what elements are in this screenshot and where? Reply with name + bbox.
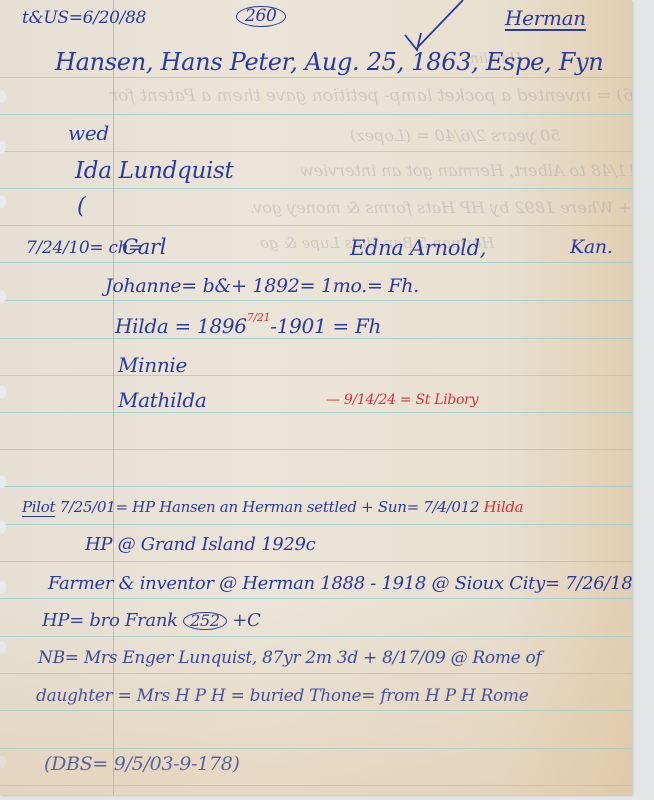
note-mother-in-law: NB= Mrs Enger Lunquist, 87yr 2m 3d + 8/1… (38, 650, 541, 667)
bleed-through-text: Apt= 7/11/48 to Albert, Herman got an in… (300, 163, 632, 179)
note-text: 7/25/01= HP Hansen an Herman settled + S… (60, 498, 479, 516)
bleed-through-text: 6) = invented a pocket lamp- petition ga… (110, 88, 632, 105)
rule-line (0, 77, 632, 78)
record-number: 260 (236, 6, 286, 27)
spouse-name: Ida Lundquist (75, 160, 234, 183)
binder-hole (0, 90, 6, 104)
source-date: t&US=6/20/88 (22, 10, 146, 27)
note-text: HP= bro Frank (42, 610, 178, 631)
bleed-through-text: 50 years 2/6/40 = (Lopez) (350, 128, 560, 144)
child-location: Kan. (570, 238, 613, 257)
rule-line (0, 524, 632, 525)
note-brother: HP= bro Frank 252 +C (42, 612, 260, 630)
rule-line (0, 449, 632, 450)
rule-line (0, 598, 632, 599)
child-entry-johanne: Johanne= b&+ 1892= 1mo.= Fh. (105, 277, 419, 296)
rule-line (0, 114, 632, 115)
rule-line (0, 710, 632, 711)
rule-line (0, 225, 632, 226)
rule-line (0, 151, 632, 152)
notebook-page: Hamlin 6) = invented a pocket lamp- peti… (0, 0, 632, 795)
child-entry-minnie: Minnie (118, 355, 187, 375)
binder-hole (0, 385, 6, 399)
rule-line (0, 338, 632, 339)
bleed-through-text: At library, papers + Where 1892 by HP Ha… (250, 200, 632, 216)
binder-hole (0, 195, 6, 209)
rule-line (0, 300, 632, 301)
child-spouse: Edna Arnold, (350, 238, 486, 259)
binder-hole (0, 640, 6, 654)
note-label: Pilot (22, 498, 55, 516)
record-number-badge: 260 (236, 6, 286, 27)
hilda-death: -1901 = Fh (270, 314, 381, 338)
hilda-birth: Hilda = 1896 (115, 314, 247, 338)
binder-hole (0, 290, 6, 304)
child-entry-mathilda: Mathilda (118, 390, 206, 410)
note-burial: daughter = Mrs H P H = buried Thone= fro… (36, 688, 529, 705)
rule-line (0, 375, 632, 376)
person-title-line: Hansen, Hans Peter, Aug. 25, 1863, Espe,… (55, 50, 603, 74)
rule-line (0, 188, 632, 189)
child-entry-hilda: Hilda = 18967/21-1901 = Fh (115, 316, 381, 336)
rule-line (0, 262, 632, 263)
place-tag: Herman (505, 8, 586, 28)
rule-line (0, 486, 632, 487)
rule-line (0, 673, 632, 674)
binder-hole (0, 520, 6, 534)
note-farmer-inventor: Farmer & inventor @ Herman 1888 - 1918 @… (48, 575, 632, 593)
hilda-red-note: 7/21 (247, 311, 271, 324)
margin-line (113, 0, 114, 795)
child-name-carl: Carl (122, 237, 166, 258)
obituary-citation: (DBS= 9/5/03-9-178) (44, 755, 240, 774)
note-text: +C (232, 610, 260, 631)
brother-record-number: 252 (183, 612, 227, 630)
rule-line (0, 561, 632, 562)
rule-line (0, 636, 632, 637)
marriage-paren: ( (77, 196, 85, 218)
rule-line (0, 785, 632, 786)
mathilda-red-note: — 9/14/24 = St Libory (326, 393, 478, 407)
note-grand-island: HP @ Grand Island 1929c (85, 536, 315, 554)
binder-hole (0, 580, 6, 594)
rule-line (0, 412, 632, 413)
binder-hole (0, 755, 6, 769)
marriage-label: wed (68, 123, 109, 143)
note-red: Hilda (484, 498, 524, 516)
note-pilot: Pilot 7/25/01= HP Hansen an Herman settl… (22, 500, 523, 515)
rule-line (0, 748, 632, 749)
